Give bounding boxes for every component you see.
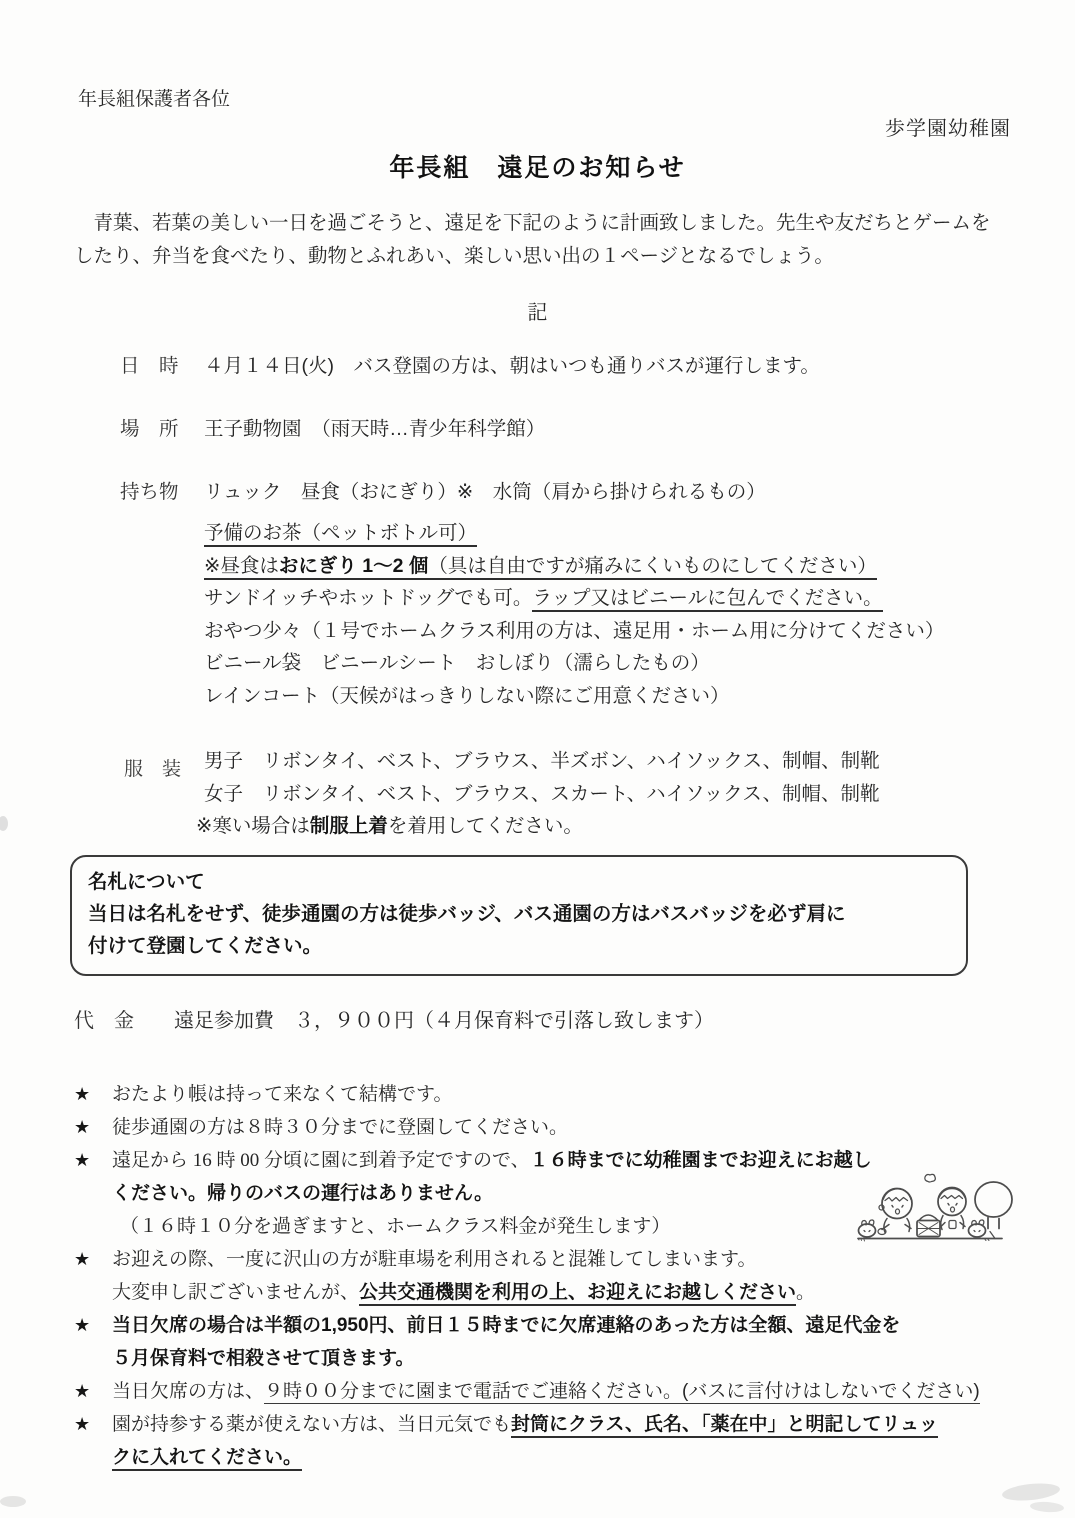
notes-list: ★おたより帳は持って来なくて結構です。 ★徒歩通園の方は８時３０分までに登園して… (74, 1078, 1034, 1474)
cold-bold: 制服上着 (310, 815, 388, 837)
star-bullet-icon: ★ (74, 1243, 112, 1276)
page-title: 年長組 遠足のお知らせ (0, 148, 1075, 184)
name-tag-line-1: 当日は名札をせず、徒歩通園の方は徒歩バッジ、バス通園の方はバスバッジを必ず肩に (88, 898, 950, 930)
item-notes-list: 予備のお茶（ペットボトル可） ※昼食はおにぎり 1～2 個（具は自由ですが痛みに… (204, 517, 1004, 712)
item-note-raincoat: レインコート（天候がはっきりしない際にご用意ください） (204, 680, 1004, 713)
scan-smudge (1001, 1481, 1060, 1503)
star-bullet-icon: ★ (74, 1111, 112, 1144)
lunch-prefix: ※昼食は (204, 555, 279, 577)
item-note-sandwich: サンドイッチやホットドッグでも可。ラップ又はビニールに包んでください。 (204, 582, 1004, 615)
fee-label: 代 金 (74, 1004, 148, 1033)
date-value: ４月１４日(火) バス登園の方は、朝はいつも通りバスが運行します。 (204, 350, 820, 378)
dress-cold-note: ※寒い場合は制服上着を着用してください。 (196, 810, 994, 843)
intro-line-1: 青葉、若葉の美しい一日を過ごそうと、遠足を下記のように計画致しました。先生や友だ… (74, 207, 1024, 240)
sandwich-prefix: サンドイッチやホットドッグでも可。 (204, 587, 532, 609)
scan-smudge (1030, 1501, 1065, 1513)
intro-line-2: したり、弁当を食べたり、動物とふれあい、楽しい思い出の１ページとなるでしょう。 (74, 240, 1024, 273)
scanned-notice-page: 年長組保護者各位 歩学園幼稚園 年長組 遠足のお知らせ 青葉、若葉の美しい一日を… (0, 0, 1075, 1518)
picnic-children-illustration (854, 1172, 1016, 1252)
dress-boys: 男子 リボンタイ、ベスト、ブラウス、半ズボン、ハイソックス、制帽、制靴 (204, 745, 994, 778)
cold-suffix: を着用してください。 (388, 815, 583, 837)
item-note-tea: 予備のお茶（ペットボトル可） (204, 517, 1004, 550)
scan-smudge (0, 1496, 26, 1507)
item-note-lunch: ※昼食はおにぎり 1～2 個（具は自由ですが痛みにくいものにしてください） (204, 550, 1004, 583)
note-3-bold-2: ください。帰りのバスの運行はありません。 (112, 1183, 493, 1204)
record-mark: 記 (0, 296, 1075, 325)
detail-row-items: 持ち物 リュック 昼食（おにぎり）※ 水筒（肩から掛けられるもの） (120, 476, 1020, 504)
items-label: 持ち物 (120, 476, 190, 504)
date-label: 日 時 (120, 350, 190, 378)
dress-section: 男子 リボンタイ、ベスト、ブラウス、半ズボン、ハイソックス、制帽、制靴 女子 リ… (204, 745, 994, 843)
note-1: ★おたより帳は持って来なくて結構です。 (74, 1078, 1034, 1111)
dress-girls: 女子 リボンタイ、ベスト、ブラウス、スカート、ハイソックス、制帽、制靴 (204, 778, 994, 811)
scan-smudge (0, 816, 8, 831)
detail-row-place: 場 所 王子動物園 （雨天時…青少年科学館） (120, 413, 1020, 441)
note-4-line-2: 大変申し訳ございませんが、公共交通機関を利用の上、お迎えにお越しください。 (74, 1276, 1034, 1309)
tea-underlined: 予備のお茶（ペットボトル可） (204, 522, 477, 547)
intro-paragraph: 青葉、若葉の美しい一日を過ごそうと、遠足を下記のように計画致しました。先生や友だ… (74, 207, 1024, 273)
note-7-prefix: 園が持参する薬が使えない方は、当日元気でも (112, 1414, 511, 1435)
note-4-prefix: 大変申し訳ございませんが、 (112, 1282, 359, 1303)
note-4-bold-underlined: 公共交通機関を利用の上、お迎えにお越しください (359, 1282, 796, 1306)
items-value: リュック 昼食（おにぎり）※ 水筒（肩から掛けられるもの） (204, 476, 766, 504)
note-4-text: お迎えの際、一度に沢山の方が駐車場を利用されると混雑してしまいます。 (112, 1249, 756, 1270)
name-tag-heading: 名札について (88, 866, 950, 898)
star-bullet-icon: ★ (74, 1309, 112, 1342)
item-note-sheet: ビニール袋 ビニールシート おしぼり（濡らしたもの） (204, 647, 1004, 680)
cold-prefix: ※寒い場合は (196, 815, 310, 837)
note-6-prefix: 当日欠席の方は、 (112, 1381, 264, 1402)
star-bullet-icon: ★ (74, 1144, 112, 1177)
note-4-suffix: 。 (796, 1282, 815, 1303)
name-tag-box: 名札について 当日は名札をせず、徒歩通園の方は徒歩バッジ、バス通園の方はバスバッ… (70, 855, 968, 976)
detail-row-date: 日 時 ４月１４日(火) バス登園の方は、朝はいつも通りバスが運行します。 (120, 350, 1020, 378)
note-7-line-1: ★園が持参する薬が使えない方は、当日元気でも封筒にクラス、氏名、「薬在中」と明記… (74, 1408, 1034, 1441)
note-2: ★徒歩通園の方は８時３０分までに登園してください。 (74, 1111, 1034, 1144)
note-5-line-2: ５月保育料で相殺させて頂きます。 (74, 1342, 1034, 1375)
note-5-bold-2: ５月保育料で相殺させて頂きます。 (112, 1348, 414, 1369)
note-6: ★当日欠席の方は、９時００分までに園まで電話でご連絡ください。(バスに言付けはし… (74, 1375, 1034, 1408)
note-6-underlined: ９時００分までに園まで電話でご連絡ください。(バスに言付けはしないでください) (264, 1381, 980, 1404)
note-7-line-2: クに入れてください。 (74, 1441, 1034, 1474)
item-note-snacks: おやつ少々（１号でホームクラス利用の方は、遠足用・ホーム用に分けてください） (204, 615, 1004, 648)
dress-label: 服 装 (124, 754, 181, 781)
star-bullet-icon: ★ (74, 1375, 112, 1408)
note-3-prefix: 遠足から 16 時 00 分頃に園に到着予定ですので、 (112, 1150, 530, 1171)
note-5-line-1: ★当日欠席の場合は半額の1,950円、前日１５時までに欠席連絡のあった方は全額、… (74, 1309, 1034, 1342)
note-2-text: 徒歩通園の方は８時３０分までに登園してください。 (112, 1117, 568, 1138)
note-5-bold-1: 当日欠席の場合は半額の1,950円、前日１５時までに欠席連絡のあった方は全額、遠… (112, 1315, 900, 1336)
lunch-bold: おにぎり 1～2 個 (279, 555, 429, 577)
lunch-underlined: ※昼食はおにぎり 1～2 個（具は自由ですが痛みにくいものにしてください） (204, 555, 877, 580)
sandwich-underlined: ラップ又はビニールに包んでください。 (532, 587, 882, 612)
fee-row: 代 金 遠足参加費 ３，９００円（４月保育料で引落し致します） (74, 1004, 714, 1033)
note-7-bold-2: クに入れてください。 (112, 1447, 302, 1471)
recipient-line: 年長組保護者各位 (78, 84, 230, 111)
lunch-suffix: （具は自由ですが痛みにくいものにしてください） (428, 555, 877, 577)
note-3-bold-1: １６時までに幼稚園までお迎えにお越し (530, 1150, 872, 1171)
fee-value: 遠足参加費 ３，９００円（４月保育料で引落し致します） (174, 1004, 714, 1033)
star-bullet-icon: ★ (74, 1408, 112, 1441)
place-value: 王子動物園 （雨天時…青少年科学館） (204, 413, 545, 441)
note-1-text: おたより帳は持って来なくて結構です。 (112, 1084, 452, 1105)
note-7-bold-1: 封筒にクラス、氏名、「薬在中」と明記してリュッ (511, 1414, 938, 1438)
name-tag-line-2: 付けて登園してください。 (88, 930, 950, 962)
star-bullet-icon: ★ (74, 1078, 112, 1111)
place-label: 場 所 (120, 413, 190, 441)
school-name: 歩学園幼稚園 (885, 112, 1011, 141)
